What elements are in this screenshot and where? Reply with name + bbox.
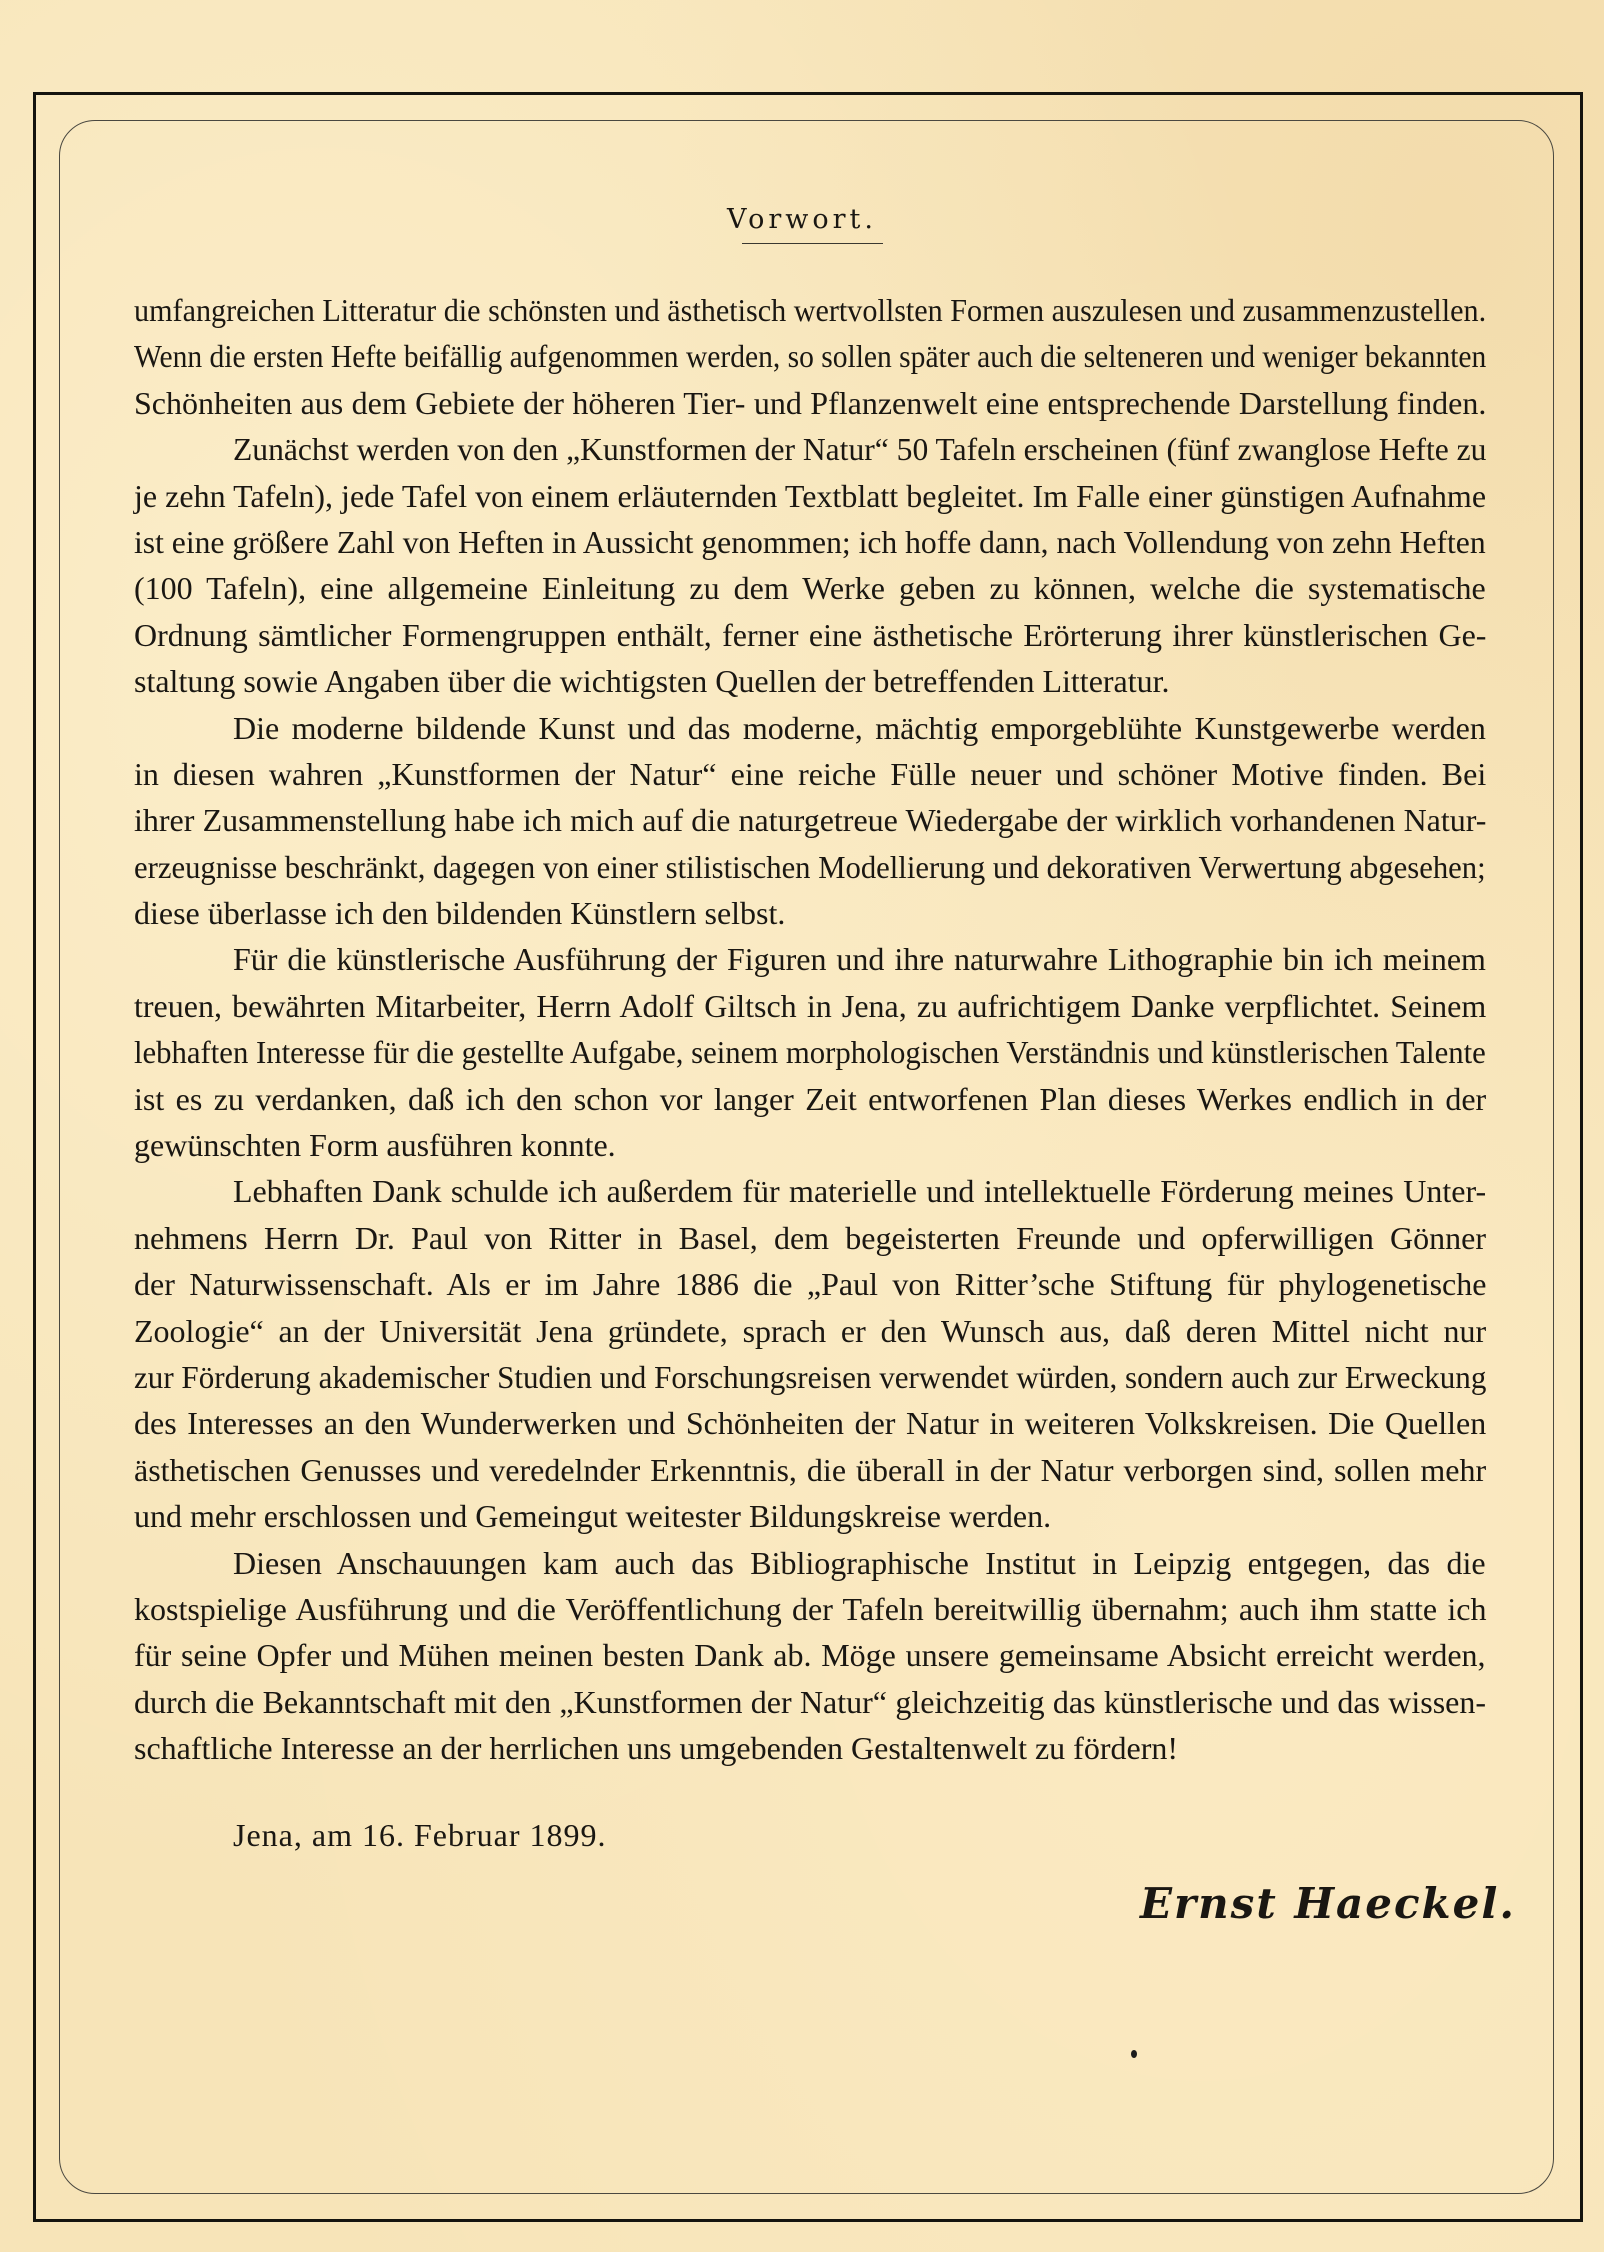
text-line: in diesen wahren „Kunstformen der Natur“… [134,751,1486,797]
line-text: lebhaften Interesse für die gestellte Au… [134,1029,1486,1075]
text-line: ihrer Zusammenstellung habe ich mich auf… [134,797,1486,843]
paragraph-last-line: diese überlasse ich den bildenden Künstl… [134,890,1486,936]
text-line: Schönheiten aus dem Gebiete der höheren … [134,380,1486,426]
text-line: (100 Tafeln), eine allgemeine Einleitung… [134,565,1486,611]
paragraph-last-line: und mehr erschlossen und Gemeingut weite… [134,1493,1486,1539]
paragraph-last-line: gewünschten Form ausführen konnte. [134,1122,1486,1168]
line-text: und mehr erschlossen und Gemeingut weite… [134,1493,1051,1539]
paragraph-first-line: Lebhaften Dank schulde ich außerdem für … [134,1168,1486,1214]
line-text: Für die künstlerische Ausführung der Fig… [233,936,1486,982]
text-line: lebhaften Interesse für die gestellte Au… [134,1029,1486,1075]
line-text: Ordnung sämtlicher Formengruppen enthält… [134,612,1486,658]
line-text: Wenn die ersten Hefte beifällig aufgenom… [134,333,1486,379]
line-text: Schönheiten aus dem Gebiete der höheren … [134,380,1486,426]
line-text: in diesen wahren „Kunstformen der Natur“… [134,751,1486,797]
title-underline [742,243,883,244]
line-text: zur Förderung akademischer Studien und F… [134,1354,1486,1400]
preface-body: umfangreichen Litteratur die schönsten u… [134,287,1486,1772]
line-text: gewünschten Form ausführen konnte. [134,1122,616,1168]
line-text: kostspielige Ausführung und die Veröffen… [134,1586,1486,1632]
line-text: durch die Bekanntschaft mit den „Kunstfo… [134,1679,1486,1725]
line-text: Die moderne bildende Kunst und das moder… [233,705,1486,751]
text-line: ästhetischen Genusses und veredelnder Er… [134,1447,1486,1493]
text-line: Wenn die ersten Hefte beifällig aufgenom… [134,333,1486,379]
line-text: Zunächst werden von den „Kunstformen der… [233,426,1486,472]
ink-speck [1131,2050,1137,2058]
text-line: Zoologie“ an der Universität Jena gründe… [134,1308,1486,1354]
line-text: Zoologie“ an der Universität Jena gründe… [134,1308,1486,1354]
text-line: ist eine größere Zahl von Heften in Auss… [134,519,1486,565]
line-text: diese überlasse ich den bildenden Künstl… [134,890,785,936]
line-text: erzeugnisse beschränkt, dagegen von eine… [134,844,1486,890]
line-text: treuen, bewährten Mitarbeiter, Herrn Ado… [134,983,1486,1029]
line-text: ist eine größere Zahl von Heften in Auss… [134,519,1486,565]
paragraph-last-line: staltung sowie Angaben über die wichtigs… [134,658,1486,704]
author-signature: Ernst Haeckel. [1140,1880,1516,1928]
line-text: Diesen Anschauungen kam auch das Bibliog… [233,1540,1486,1586]
text-line: der Naturwissenschaft. Als er im Jahre 1… [134,1261,1486,1307]
paragraph-first-line: Die moderne bildende Kunst und das moder… [134,705,1486,751]
line-text: schaftliche Interesse an der herrlichen … [134,1725,1178,1771]
line-text: ästhetischen Genusses und veredelnder Er… [134,1447,1486,1493]
text-line: nehmens Herrn Dr. Paul von Ritter in Bas… [134,1215,1486,1261]
line-text: umfangreichen Litteratur die schönsten u… [134,287,1486,333]
paragraph-first-line: Für die künstlerische Ausführung der Fig… [134,936,1486,982]
line-text: für seine Opfer und Mühen meinen besten … [134,1632,1486,1678]
line-text: ist es zu verdanken, daß ich den schon v… [134,1076,1486,1122]
text-line: ist es zu verdanken, daß ich den schon v… [134,1076,1486,1122]
text-line: durch die Bekanntschaft mit den „Kunstfo… [134,1679,1486,1725]
paragraph-last-line: schaftliche Interesse an der herrlichen … [134,1725,1486,1771]
text-line: je zehn Tafeln), jede Tafel von einem er… [134,473,1486,519]
line-text: des Interesses an den Wunderwerken und S… [134,1400,1486,1446]
line-text: je zehn Tafeln), jede Tafel von einem er… [134,473,1486,519]
text-line: erzeugnisse beschränkt, dagegen von eine… [134,844,1486,890]
line-text: Lebhaften Dank schulde ich außerdem für … [233,1168,1486,1214]
line-text: staltung sowie Angaben über die wichtigs… [134,658,1170,704]
line-text: ihrer Zusammenstellung habe ich mich auf… [134,797,1486,843]
page-title: Vorwort. [0,203,1604,237]
paragraph-first-line: Zunächst werden von den „Kunstformen der… [134,426,1486,472]
text-line: kostspielige Ausführung und die Veröffen… [134,1586,1486,1632]
text-line: treuen, bewährten Mitarbeiter, Herrn Ado… [134,983,1486,1029]
line-text: nehmens Herrn Dr. Paul von Ritter in Bas… [134,1215,1486,1261]
text-line: des Interesses an den Wunderwerken und S… [134,1400,1486,1446]
line-text: der Naturwissenschaft. Als er im Jahre 1… [134,1261,1486,1307]
text-line: umfangreichen Litteratur die schönsten u… [134,287,1486,333]
line-text: (100 Tafeln), eine allgemeine Einleitung… [134,565,1486,611]
text-line: Ordnung sämtlicher Formengruppen enthält… [134,612,1486,658]
text-line: für seine Opfer und Mühen meinen besten … [134,1632,1486,1678]
text-line: zur Förderung akademischer Studien und F… [134,1354,1486,1400]
paragraph-first-line: Diesen Anschauungen kam auch das Bibliog… [134,1540,1486,1586]
dateline: Jena, am 16. Februar 1899. [233,1815,606,1855]
